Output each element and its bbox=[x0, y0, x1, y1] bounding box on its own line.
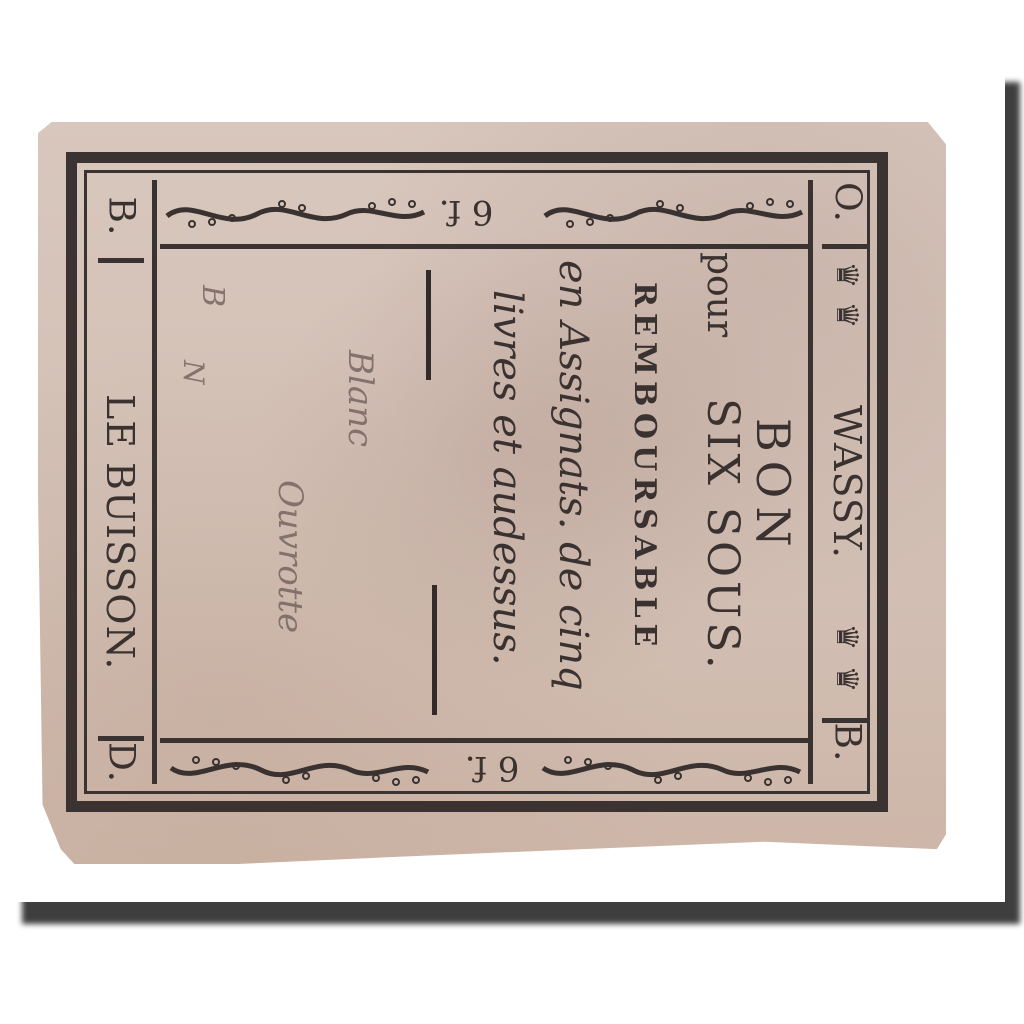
handwritten-signature-2: Ouvrotte bbox=[270, 480, 310, 633]
note-livres-line: livres et audessus. bbox=[484, 290, 530, 666]
signature-dash-bottom bbox=[432, 585, 437, 715]
signature-dash-top bbox=[426, 270, 431, 380]
crown-icon: ♛ bbox=[831, 255, 861, 295]
right-band-top-letter: O. bbox=[827, 178, 868, 228]
scroll-ornament-top-right bbox=[540, 196, 810, 230]
note-title: BON bbox=[746, 418, 800, 555]
note-remboursable-line: REMBOURSABLE bbox=[627, 282, 662, 652]
crown-icon: ♛ bbox=[831, 295, 861, 335]
left-band-bottom-letter: D. bbox=[101, 738, 142, 788]
scroll-ornament-top-left bbox=[162, 196, 432, 230]
note-value: SIX SOUS. bbox=[697, 398, 748, 673]
bottom-band-rule bbox=[160, 738, 808, 743]
top-band-rule bbox=[160, 244, 808, 249]
scroll-ornament-bottom-left bbox=[166, 752, 436, 786]
right-band-town-name: WASSY. bbox=[825, 399, 869, 565]
crown-icon: ♛ bbox=[831, 659, 861, 699]
crown-icon: ♛ bbox=[831, 617, 861, 657]
note-assignats-line: en Assignats. de cinq bbox=[550, 260, 596, 691]
handwritten-signature-1: Blanc bbox=[340, 350, 380, 447]
left-band-top-letter: B. bbox=[101, 192, 142, 242]
left-band-rule bbox=[152, 180, 157, 784]
denomination-top: 6 f. bbox=[436, 192, 496, 232]
handwritten-initial-1: B bbox=[195, 285, 230, 307]
right-band-tick-top bbox=[822, 244, 868, 249]
note-pour-line: pour bbox=[699, 252, 740, 337]
left-band-tick-top bbox=[98, 258, 144, 263]
right-band-rule bbox=[808, 180, 813, 784]
denomination-bottom: 6 f. bbox=[462, 748, 522, 788]
left-band-place-name: LE BUISSON. bbox=[98, 394, 142, 594]
handwritten-initial-2: N bbox=[177, 360, 210, 385]
scroll-ornament-bottom-right bbox=[538, 752, 808, 786]
right-band-bottom-letter: B. bbox=[827, 718, 868, 768]
